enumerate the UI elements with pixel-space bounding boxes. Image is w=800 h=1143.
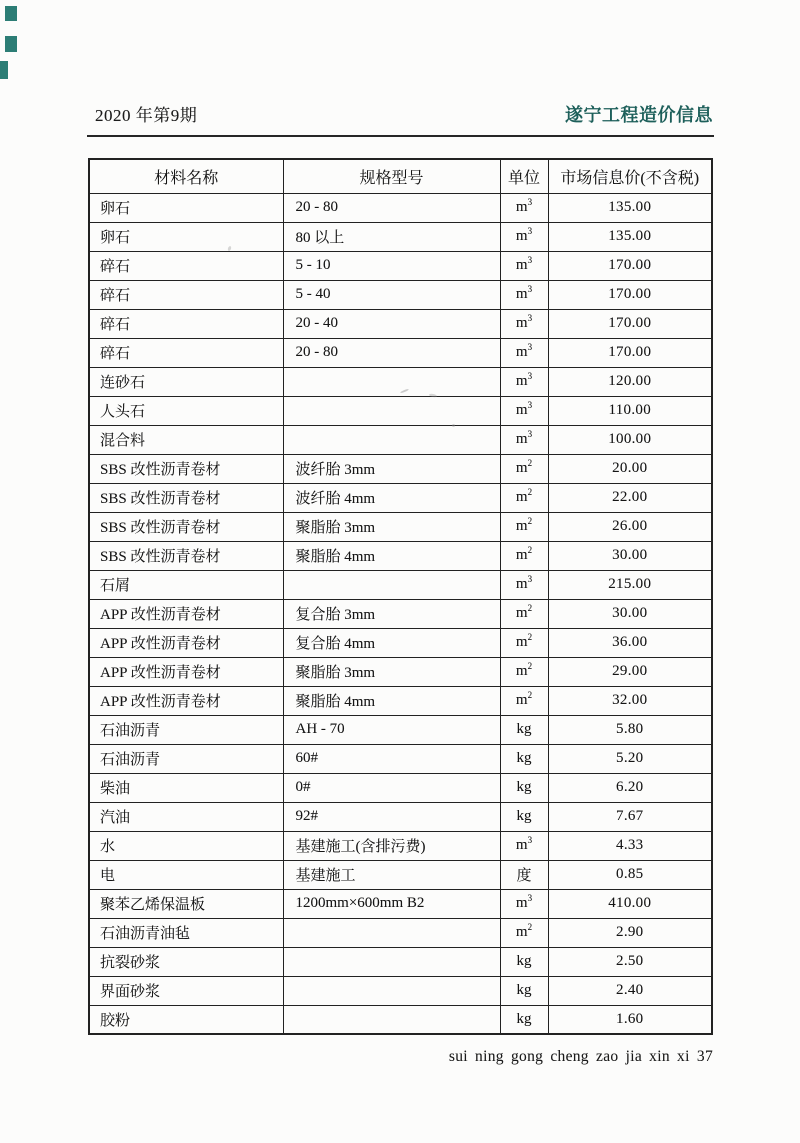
- header-market-price: 市场信息价(不含税): [548, 159, 712, 193]
- table-row: 界面砂浆kg2.40: [89, 976, 712, 1005]
- price-cell: 26.00: [548, 512, 712, 541]
- unit-cell: m2: [500, 628, 548, 657]
- price-cell: 170.00: [548, 338, 712, 367]
- material-name-cell: 石屑: [89, 570, 283, 599]
- table-row: 卵石20 - 80m3135.00: [89, 193, 712, 222]
- unit-cell: m2: [500, 512, 548, 541]
- specification-cell: 0#: [283, 773, 500, 802]
- material-name-cell: 连砂石: [89, 367, 283, 396]
- specification-cell: 1200mm×600mm B2: [283, 889, 500, 918]
- material-name-cell: 碎石: [89, 280, 283, 309]
- table-row: 碎石20 - 40m3170.00: [89, 309, 712, 338]
- header-rule: [87, 135, 714, 137]
- price-cell: 2.50: [548, 947, 712, 976]
- price-cell: 5.20: [548, 744, 712, 773]
- price-cell: 215.00: [548, 570, 712, 599]
- unit-cell: kg: [500, 1005, 548, 1034]
- price-cell: 5.80: [548, 715, 712, 744]
- price-cell: 410.00: [548, 889, 712, 918]
- material-name-cell: 碎石: [89, 309, 283, 338]
- table-row: SBS 改性沥青卷材波纤胎 4mmm222.00: [89, 483, 712, 512]
- price-cell: 135.00: [548, 222, 712, 251]
- material-name-cell: 石油沥青: [89, 715, 283, 744]
- table-row: 石油沥青60#kg5.20: [89, 744, 712, 773]
- scanned-document-page: 2020 年第9期 遂宁工程造价信息 材料名称 规格型号 单位 市场信息价(不含…: [0, 0, 800, 1143]
- unit-cell: m2: [500, 483, 548, 512]
- scan-smudge: [452, 424, 455, 427]
- price-cell: 30.00: [548, 541, 712, 570]
- specification-cell: 聚脂胎 3mm: [283, 657, 500, 686]
- unit-cell: m2: [500, 918, 548, 947]
- price-cell: 2.90: [548, 918, 712, 947]
- material-name-cell: 电: [89, 860, 283, 889]
- header-specification: 规格型号: [283, 159, 500, 193]
- unit-cell: m3: [500, 367, 548, 396]
- unit-cell: m2: [500, 599, 548, 628]
- table-row: APP 改性沥青卷材聚脂胎 4mmm232.00: [89, 686, 712, 715]
- material-name-cell: SBS 改性沥青卷材: [89, 483, 283, 512]
- material-name-cell: SBS 改性沥青卷材: [89, 454, 283, 483]
- unit-cell: m3: [500, 193, 548, 222]
- scan-color-mark: [5, 36, 17, 52]
- specification-cell: [283, 976, 500, 1005]
- unit-cell: m3: [500, 251, 548, 280]
- specification-cell: [283, 425, 500, 454]
- specification-cell: 复合胎 3mm: [283, 599, 500, 628]
- unit-cell: 度: [500, 860, 548, 889]
- material-name-cell: 汽油: [89, 802, 283, 831]
- specification-cell: [283, 947, 500, 976]
- specification-cell: 5 - 10: [283, 251, 500, 280]
- material-name-cell: 混合料: [89, 425, 283, 454]
- table-row: 石屑m3215.00: [89, 570, 712, 599]
- price-cell: 29.00: [548, 657, 712, 686]
- price-cell: 170.00: [548, 251, 712, 280]
- specification-cell: 5 - 40: [283, 280, 500, 309]
- table-row: 水基建施工(含排污费)m34.33: [89, 831, 712, 860]
- unit-cell: kg: [500, 773, 548, 802]
- material-price-table: 材料名称 规格型号 单位 市场信息价(不含税) 卵石20 - 80m3135.0…: [88, 158, 713, 1035]
- unit-cell: m2: [500, 686, 548, 715]
- unit-cell: m3: [500, 309, 548, 338]
- table-row: 柴油0#kg6.20: [89, 773, 712, 802]
- material-name-cell: SBS 改性沥青卷材: [89, 512, 283, 541]
- unit-cell: m2: [500, 657, 548, 686]
- specification-cell: 92#: [283, 802, 500, 831]
- unit-cell: kg: [500, 947, 548, 976]
- price-cell: 110.00: [548, 396, 712, 425]
- unit-cell: kg: [500, 715, 548, 744]
- page-footer-pinyin: sui ning gong cheng zao jia xin xi 37: [449, 1048, 713, 1066]
- table-row: 聚苯乙烯保温板1200mm×600mm B2m3410.00: [89, 889, 712, 918]
- unit-cell: m3: [500, 222, 548, 251]
- material-name-cell: 聚苯乙烯保温板: [89, 889, 283, 918]
- price-cell: 32.00: [548, 686, 712, 715]
- specification-cell: 聚脂胎 4mm: [283, 686, 500, 715]
- specification-cell: 80 以上: [283, 222, 500, 251]
- specification-cell: 聚脂胎 4mm: [283, 541, 500, 570]
- material-name-cell: APP 改性沥青卷材: [89, 686, 283, 715]
- specification-cell: 基建施工: [283, 860, 500, 889]
- material-name-cell: APP 改性沥青卷材: [89, 628, 283, 657]
- issue-label: 2020 年第9期: [95, 101, 197, 126]
- price-cell: 120.00: [548, 367, 712, 396]
- table-row: 汽油92#kg7.67: [89, 802, 712, 831]
- specification-cell: [283, 918, 500, 947]
- unit-cell: m3: [500, 338, 548, 367]
- unit-cell: kg: [500, 976, 548, 1005]
- table-row: 石油沥青AH - 70kg5.80: [89, 715, 712, 744]
- specification-cell: 基建施工(含排污费): [283, 831, 500, 860]
- material-name-cell: SBS 改性沥青卷材: [89, 541, 283, 570]
- table-row: 混合料m3100.00: [89, 425, 712, 454]
- table-body: 卵石20 - 80m3135.00卵石80 以上m3135.00碎石5 - 10…: [89, 193, 712, 1034]
- table-row: 卵石80 以上m3135.00: [89, 222, 712, 251]
- unit-cell: m3: [500, 396, 548, 425]
- material-name-cell: 卵石: [89, 222, 283, 251]
- table-row: 碎石20 - 80m3170.00: [89, 338, 712, 367]
- price-cell: 20.00: [548, 454, 712, 483]
- specification-cell: [283, 367, 500, 396]
- specification-cell: [283, 1005, 500, 1034]
- table-row: 抗裂砂浆kg2.50: [89, 947, 712, 976]
- specification-cell: 复合胎 4mm: [283, 628, 500, 657]
- material-name-cell: 胶粉: [89, 1005, 283, 1034]
- price-cell: 2.40: [548, 976, 712, 1005]
- material-name-cell: 碎石: [89, 251, 283, 280]
- unit-cell: m3: [500, 280, 548, 309]
- unit-cell: kg: [500, 802, 548, 831]
- unit-cell: m2: [500, 541, 548, 570]
- specification-cell: 20 - 40: [283, 309, 500, 338]
- table-row: 胶粉kg1.60: [89, 1005, 712, 1034]
- scan-color-mark: [0, 61, 8, 79]
- table-row: APP 改性沥青卷材复合胎 4mmm236.00: [89, 628, 712, 657]
- table-row: SBS 改性沥青卷材聚脂胎 3mmm226.00: [89, 512, 712, 541]
- material-name-cell: 卵石: [89, 193, 283, 222]
- table-row: 碎石5 - 10m3170.00: [89, 251, 712, 280]
- specification-cell: 聚脂胎 3mm: [283, 512, 500, 541]
- price-cell: 30.00: [548, 599, 712, 628]
- table-row: APP 改性沥青卷材复合胎 3mmm230.00: [89, 599, 712, 628]
- material-name-cell: 柴油: [89, 773, 283, 802]
- table-row: 人头石m3110.00: [89, 396, 712, 425]
- table-row: SBS 改性沥青卷材聚脂胎 4mmm230.00: [89, 541, 712, 570]
- table-row: 碎石5 - 40m3170.00: [89, 280, 712, 309]
- journal-title: 遂宁工程造价信息: [565, 101, 713, 127]
- price-cell: 36.00: [548, 628, 712, 657]
- unit-cell: m3: [500, 425, 548, 454]
- table-row: 石油沥青油毡m22.90: [89, 918, 712, 947]
- specification-cell: [283, 570, 500, 599]
- unit-cell: kg: [500, 744, 548, 773]
- material-name-cell: 界面砂浆: [89, 976, 283, 1005]
- page-header: 2020 年第9期 遂宁工程造价信息: [95, 101, 713, 127]
- header-material-name: 材料名称: [89, 159, 283, 193]
- header-unit: 单位: [500, 159, 548, 193]
- specification-cell: 波纤胎 4mm: [283, 483, 500, 512]
- table-header-row: 材料名称 规格型号 单位 市场信息价(不含税): [89, 159, 712, 193]
- material-name-cell: 碎石: [89, 338, 283, 367]
- unit-cell: m2: [500, 454, 548, 483]
- scan-color-mark: [5, 6, 17, 21]
- unit-cell: m3: [500, 831, 548, 860]
- specification-cell: 20 - 80: [283, 338, 500, 367]
- price-cell: 0.85: [548, 860, 712, 889]
- price-cell: 6.20: [548, 773, 712, 802]
- price-cell: 1.60: [548, 1005, 712, 1034]
- specification-cell: [283, 396, 500, 425]
- price-cell: 170.00: [548, 280, 712, 309]
- price-cell: 22.00: [548, 483, 712, 512]
- material-name-cell: 水: [89, 831, 283, 860]
- material-name-cell: 抗裂砂浆: [89, 947, 283, 976]
- table-row: APP 改性沥青卷材聚脂胎 3mmm229.00: [89, 657, 712, 686]
- table-row: 电基建施工度0.85: [89, 860, 712, 889]
- price-cell: 170.00: [548, 309, 712, 338]
- unit-cell: m3: [500, 889, 548, 918]
- specification-cell: 20 - 80: [283, 193, 500, 222]
- material-name-cell: 石油沥青: [89, 744, 283, 773]
- price-cell: 7.67: [548, 802, 712, 831]
- material-name-cell: APP 改性沥青卷材: [89, 657, 283, 686]
- material-name-cell: APP 改性沥青卷材: [89, 599, 283, 628]
- specification-cell: 波纤胎 3mm: [283, 454, 500, 483]
- table-row: SBS 改性沥青卷材波纤胎 3mmm220.00: [89, 454, 712, 483]
- price-cell: 100.00: [548, 425, 712, 454]
- price-cell: 135.00: [548, 193, 712, 222]
- unit-cell: m3: [500, 570, 548, 599]
- specification-cell: 60#: [283, 744, 500, 773]
- price-cell: 4.33: [548, 831, 712, 860]
- specification-cell: AH - 70: [283, 715, 500, 744]
- table-header: 材料名称 规格型号 单位 市场信息价(不含税): [89, 159, 712, 193]
- material-name-cell: 人头石: [89, 396, 283, 425]
- material-name-cell: 石油沥青油毡: [89, 918, 283, 947]
